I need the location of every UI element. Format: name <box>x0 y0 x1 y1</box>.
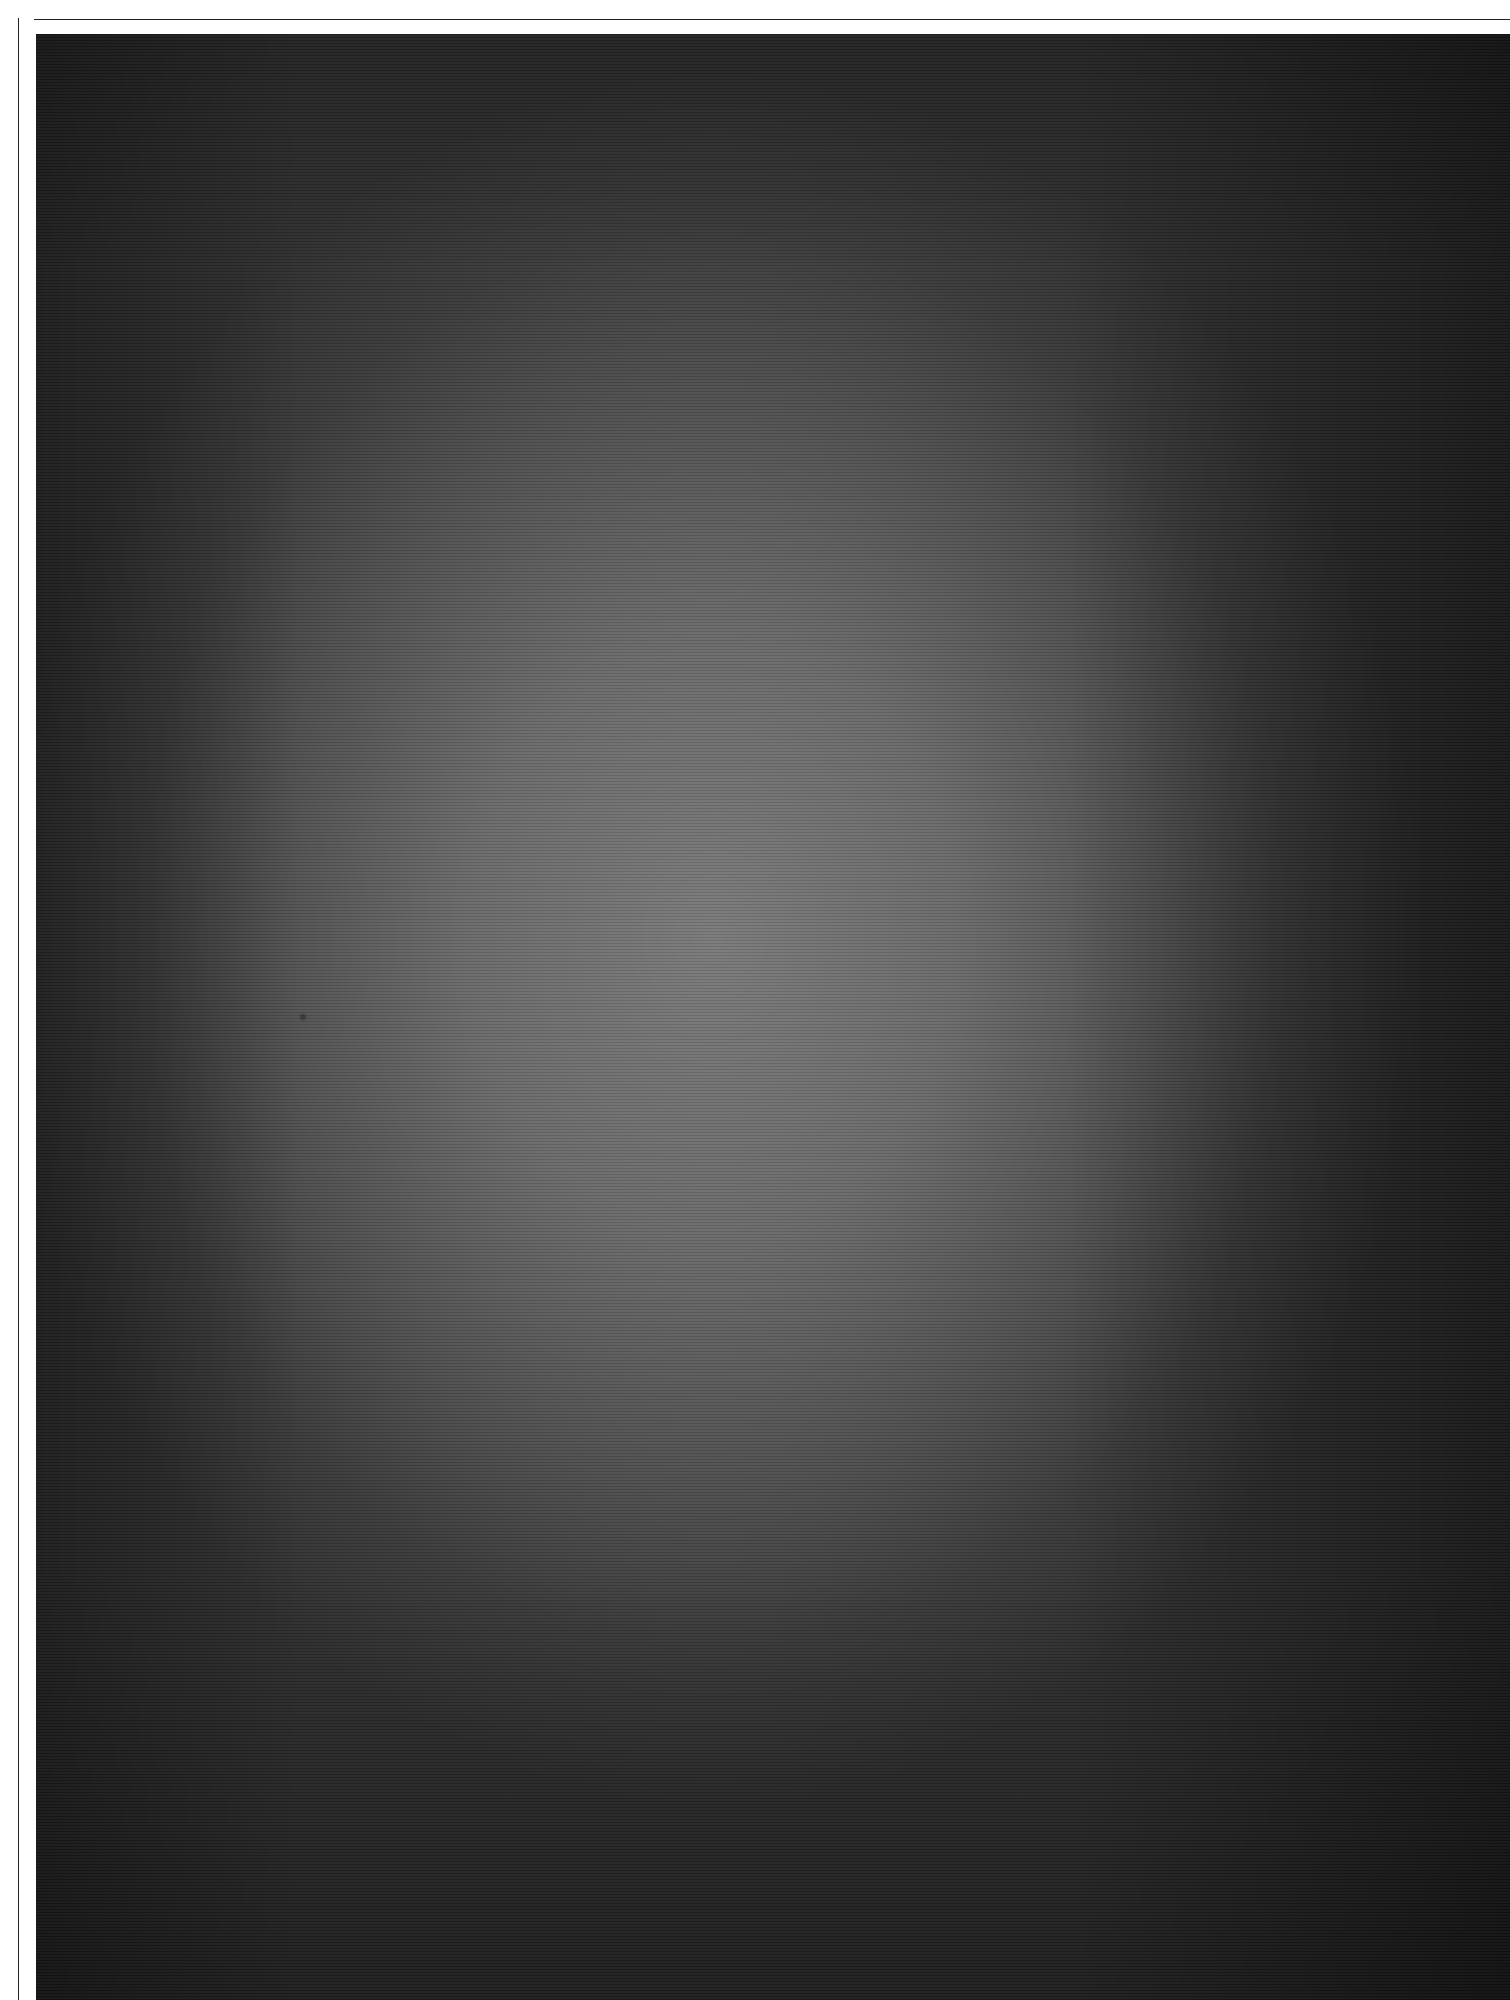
ruler-left <box>0 0 34 2000</box>
ruler-top <box>0 0 1510 34</box>
ink-speck <box>300 1014 306 1020</box>
manuscript-scan <box>36 34 1510 2000</box>
ruler-top-baseline <box>18 19 1510 20</box>
ruler-left-baseline <box>18 18 19 2000</box>
